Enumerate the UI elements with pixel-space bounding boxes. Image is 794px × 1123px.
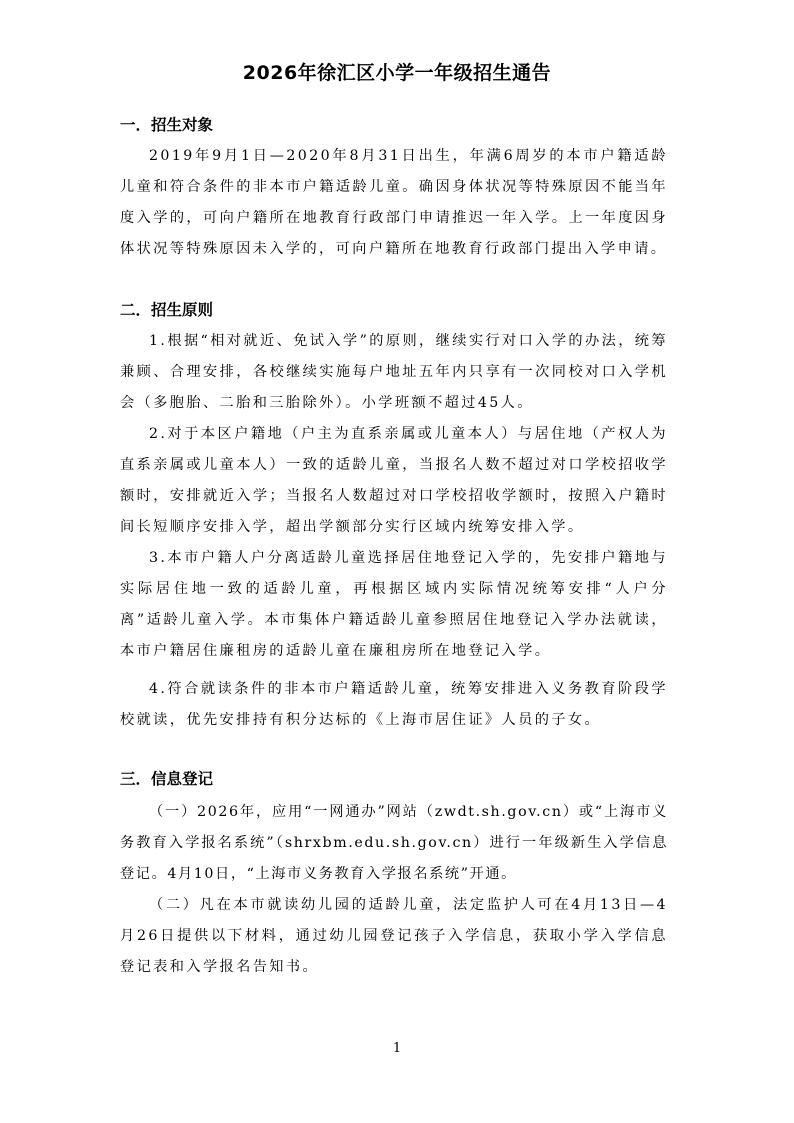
section-heading-enrollment-targets: 一．招生对象 <box>120 114 213 136</box>
paragraph-principle-1: 1.根据“相对就近、免试入学”的原则，继续实行对口入学的办法，统筹兼顾、合理安排… <box>120 326 668 419</box>
document-title: 2026年徐汇区小学一年级招生通告 <box>0 60 794 86</box>
section-heading-enrollment-principles: 二．招生原则 <box>120 299 213 321</box>
document-page: 2026年徐汇区小学一年级招生通告 一．招生对象 2019年9月1日—2020年… <box>0 0 794 1123</box>
paragraph-principle-4: 4.符合就读条件的非本市户籍适龄儿童，统筹安排进入义务教育阶段学校就读，优先安排… <box>120 674 668 736</box>
paragraph-registration-2: （二）凡在本市就读幼儿园的适龄儿童，法定监护人可在4月13日—4月26日提供以下… <box>120 890 668 983</box>
paragraph-principle-2: 2.对于本区户籍地（户主为直系亲属或儿童本人）与居住地（产权人为直系亲属或儿童本… <box>120 419 668 543</box>
page-number: 1 <box>0 1040 794 1058</box>
paragraph-enrollment-targets: 2019年9月1日—2020年8月31日出生，年满6周岁的本市户籍适龄儿童和符合… <box>120 141 668 265</box>
paragraph-registration-1: （一）2026年，应用“一网通办”网站（zwdt.sh.gov.cn）或“上海市… <box>120 797 668 890</box>
paragraph-principle-3: 3.本市户籍人户分离适龄儿童选择居住地登记入学的，先安排户籍地与实际居住地一致的… <box>120 543 668 667</box>
section-heading-information-registration: 三．信息登记 <box>120 768 213 790</box>
